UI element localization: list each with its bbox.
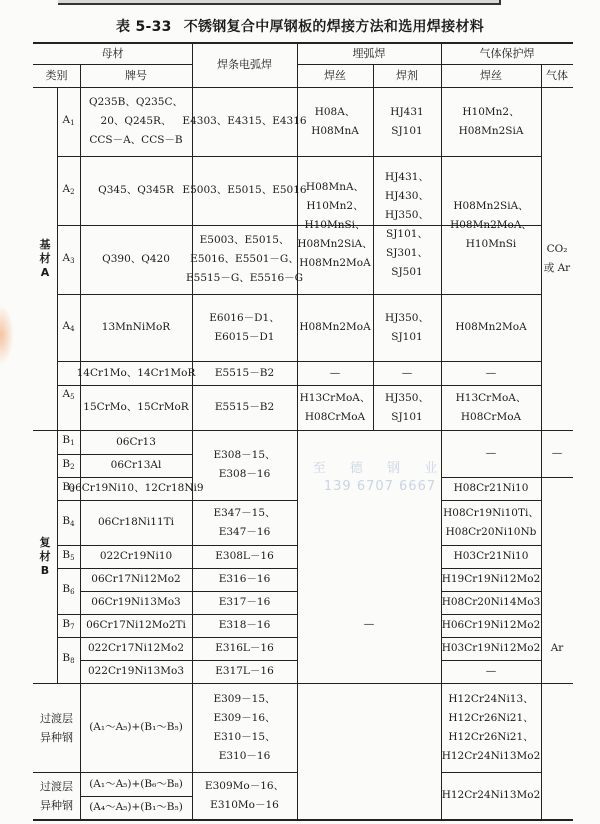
table-rule (80, 660, 192, 661)
table-rule (441, 591, 541, 592)
saw-wire-cell: H08MnA、H10Mn2、H10MnSi、H08Mn2SiA、H08Mn2Mo… (297, 156, 373, 294)
grade-cell: 06Cr19Ni13Mo3 (80, 591, 192, 614)
saw-flux-cell: — (373, 361, 441, 385)
gmaw-wire-cell: H03Cr21Ni10 (441, 545, 541, 568)
group-base-a: 基材A (33, 87, 57, 430)
group-transition-1: 过渡层异种钢 (33, 683, 80, 772)
header-category: 类别 (33, 64, 80, 87)
shielding-gas-cell: Ar (541, 477, 573, 819)
category-code-B6: B6 (57, 568, 80, 614)
gmaw-wire-cell: H13CrMoA、H08CrMoA (441, 385, 541, 430)
smaw-electrode-cell: E5515－B2 (192, 361, 297, 385)
smaw-electrode-cell: E309－15、E309－16、E310－15、E310－16 (192, 683, 297, 772)
grade-cell: 14Cr1Mo、14Cr1MoR (80, 361, 192, 385)
gmaw-wire-cell: H12Cr24Ni13、H12Cr26Ni21、H12Cr26Ni21、H12C… (441, 683, 541, 772)
grade-cell: 022Cr19Ni10 (80, 545, 192, 568)
smaw-electrode-cell: E309Mo－16、E310Mo－16 (192, 772, 297, 819)
table-rule (80, 568, 192, 569)
table-rule (441, 637, 541, 638)
table-rule (80, 637, 192, 638)
table-rule (80, 500, 192, 501)
shielding-gas-cell: CO₂或 Ar (541, 87, 573, 430)
paper-stain (0, 305, 14, 365)
table-rule (441, 568, 541, 569)
table-rule (441, 545, 541, 546)
grade-cell: 15CrMo、15CrMoR (80, 385, 192, 430)
table-rule (192, 614, 297, 615)
saw-wire-cell: H13CrMoA、H08CrMoA (297, 385, 373, 430)
table-rule (192, 637, 297, 638)
saw-flux-cell: HJ431SJ101 (373, 87, 441, 156)
saw-wire-cell: H08Mn2MoA (297, 294, 373, 361)
smaw-electrode-cell: E5003、E5015、E5016、E5501－G、E5515－G、E5516－… (192, 225, 297, 294)
gmaw-wire-cell: H08Mn2MoA (441, 294, 541, 361)
smaw-electrode-cell: E308－15、E308－16 (192, 430, 297, 500)
saw-flux-cell: HJ350、SJ101 (373, 385, 441, 430)
header-smaw: 焊条电弧焊 (192, 42, 297, 87)
smaw-electrode-cell: E317－16 (192, 591, 297, 614)
header-gmaw: 气体保护焊 (441, 42, 573, 64)
category-code-A1: A1 (57, 87, 80, 156)
table-rule (80, 545, 192, 546)
table-rule (57, 568, 80, 569)
table-rule (192, 660, 297, 661)
table-rule (57, 545, 80, 546)
smaw-electrode-cell: E316L－16 (192, 637, 297, 660)
table-rule (441, 614, 541, 615)
gmaw-wire-cell: H06Cr19Ni12Mo2 (441, 614, 541, 637)
table-rule (192, 500, 297, 501)
group-clad-b: 复材B (33, 430, 57, 683)
category-code-B8: B8 (57, 637, 80, 683)
category-code-A5: A5 (57, 361, 80, 430)
table-rule (57, 637, 80, 638)
table-rule (57, 500, 80, 501)
smaw-electrode-cell: E5515－B2 (192, 385, 297, 430)
table-rule (57, 614, 80, 615)
grade-cell: 13MnNiMoR (80, 294, 192, 361)
grade-cell: Q235B、Q235C、20、Q245R、CCS－A、CCS－B (80, 87, 192, 156)
category-code-A4: A4 (57, 294, 80, 361)
table-rule (80, 591, 192, 592)
gmaw-wire-cell: H08Cr20Ni14Mo3 (441, 591, 541, 614)
header-base-material: 母材 (33, 42, 192, 64)
gmaw-wire-cell: H03Cr19Ni12Mo2 (441, 637, 541, 660)
table-rule (57, 454, 80, 455)
gmaw-wire-cell: H12Cr24Ni13Mo2 (441, 772, 541, 819)
table-rule (441, 500, 541, 501)
page-frame-line (58, 3, 500, 5)
table-rule (57, 477, 80, 478)
smaw-electrode-cell: E317L－16 (192, 660, 297, 683)
smaw-electrode-cell: E5003、E5015、E5016 (192, 156, 297, 225)
grade-cell: Q345、Q345R (80, 156, 192, 225)
grade-cell: 06Cr18Ni11Ti (80, 500, 192, 545)
grade-cell: 06Cr17Ni12Mo2 (80, 568, 192, 591)
table-caption: 不锈钢复合中厚钢板的焊接方法和选用焊接材料 (184, 19, 484, 35)
smaw-electrode-cell: E308L－16 (192, 545, 297, 568)
gmaw-wire-cell: H19Cr19Ni12Mo2 (441, 568, 541, 591)
grade-cell: 06Cr17Ni12Mo2Ti (80, 614, 192, 637)
saw-wire-cell: H08A、H08MnA (297, 87, 373, 156)
category-code-B1: B1 (57, 430, 80, 454)
table-rule (33, 819, 573, 821)
table-rule (80, 614, 192, 615)
grade-cell: 06Cr13Al (80, 454, 192, 477)
shielding-gas-cell: — (541, 430, 573, 477)
grade-cell: 06Cr19Ni10、12Cr18Ni9 (80, 477, 192, 500)
table-rule (192, 591, 297, 592)
header-grade: 牌号 (80, 64, 192, 87)
category-code-A2: A2 (57, 156, 80, 225)
header-saw-flux: 焊剂 (373, 64, 441, 87)
category-code-B3: B3 (57, 477, 80, 500)
table-rule (80, 477, 192, 478)
group-transition-2: 过渡层异种钢 (33, 772, 80, 819)
smaw-electrode-cell: E347－15、E347－16 (192, 500, 297, 545)
smaw-electrode-cell: E6016－D1、E6015－D1 (192, 294, 297, 361)
gmaw-wire-cell: — (441, 361, 541, 385)
category-code-B7: B7 (57, 614, 80, 637)
gmaw-wire-cell: H08Cr19Ni10Ti、H08Cr20Ni10Nb (441, 500, 541, 545)
table-rule (541, 683, 542, 819)
header-gmaw-gas: 气体 (541, 64, 573, 87)
page-frame-corner (499, 0, 501, 5)
table-rule (192, 568, 297, 569)
category-code-B5: B5 (57, 545, 80, 568)
watermark-company: 至 德 钢 业 (300, 460, 460, 478)
saw-flux-cell: HJ350、SJ101 (373, 294, 441, 361)
category-code-B2: B2 (57, 454, 80, 477)
table-rule (441, 660, 541, 661)
gmaw-wire-cell: — (441, 660, 541, 683)
header-saw-wire: 焊丝 (297, 64, 373, 87)
grade-cell: 022Cr17Ni12Mo2 (80, 637, 192, 660)
watermark: 至 德 钢 业 139 6707 6667 (300, 460, 460, 495)
watermark-phone: 139 6707 6667 (300, 478, 460, 496)
table-rule (192, 545, 297, 546)
smaw-electrode-cell: E4303、E4315、E4316 (192, 87, 297, 156)
grade-combination-cell: (A₄～A₅)+(B₁～B₅) (80, 796, 192, 819)
saw-flux-cell: HJ431、HJ430、HJ350、SJ101、SJ301、SJ501 (373, 156, 441, 294)
table-title: 表 5-33不锈钢复合中厚钢板的焊接方法和选用焊接材料 (0, 16, 600, 36)
grade-combination-cell: (A₁～A₅)+(B₁～B₅) (80, 683, 192, 772)
grade-cell: Q390、Q420 (80, 225, 192, 294)
grade-cell: 022Cr19Ni13Mo3 (80, 660, 192, 683)
category-code-A3: A3 (57, 225, 80, 294)
gmaw-wire-cell: H10Mn2、H08Mn2SiA (441, 87, 541, 156)
table-rule (80, 454, 192, 455)
category-code-B4: B4 (57, 500, 80, 545)
header-saw: 埋弧焊 (297, 42, 441, 64)
smaw-electrode-cell: E316－16 (192, 568, 297, 591)
gmaw-wire-cell: H08Mn2SiA、H08Mn2MoA、H10MnSi (441, 156, 541, 294)
grade-cell: 06Cr13 (80, 430, 192, 454)
grade-combination-cell: (A₁～A₅)+(B₆～B₈) (80, 772, 192, 796)
header-gmaw-wire: 焊丝 (441, 64, 541, 87)
smaw-electrode-cell: E318－16 (192, 614, 297, 637)
saw-wire-cell: — (297, 361, 373, 385)
table-number: 表 5-33 (116, 19, 172, 35)
